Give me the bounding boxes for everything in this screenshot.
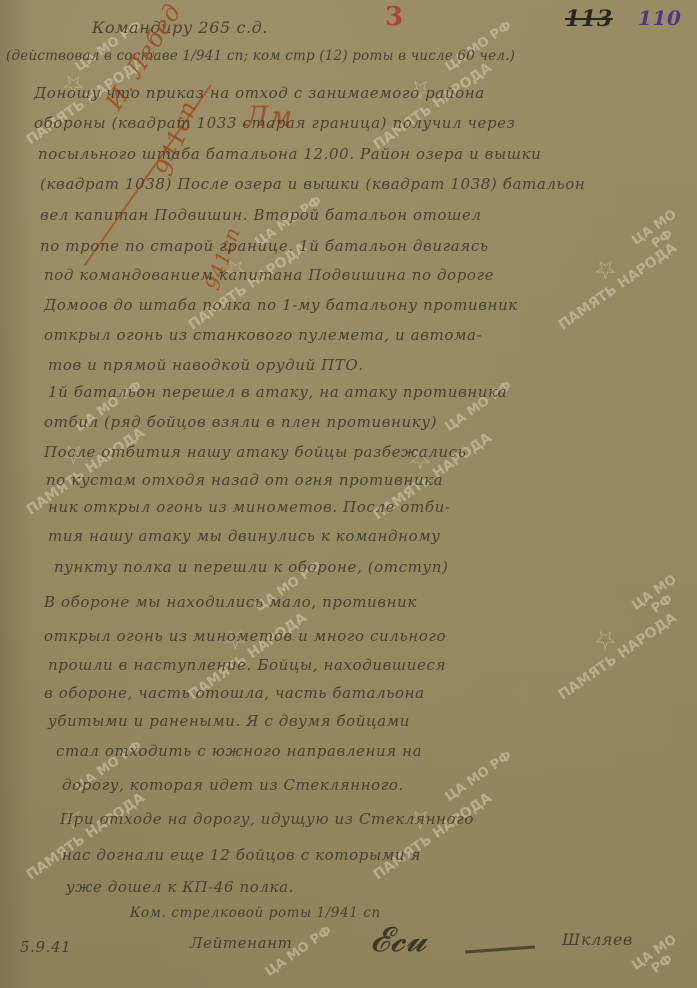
signature-rank: Лейтенант [190, 934, 292, 952]
body-line: Доношу что приказ на отход с занимаемого… [34, 84, 485, 102]
body-line: в обороне, часть отошла, часть батальона [44, 684, 425, 702]
body-line: открыл огонь из минометов и много сильно… [44, 627, 446, 645]
star-icon: ☆ [541, 589, 672, 692]
watermark-pamyat-naroda: ☆ПАМЯТЬ НАРОДА [541, 589, 680, 704]
signature-position: Ком. стрелковой роты 1/941 сп [130, 905, 381, 921]
document-subheading: (действовал в составе 1/941 сп; ком стр … [6, 48, 515, 64]
body-line: обороны (квадрат 1033 старая граница) по… [34, 114, 515, 132]
body-line: Домоов до штаба полка по 1-му батальону … [44, 296, 518, 314]
body-line: под командованием капитана Подвишина по … [44, 266, 494, 284]
red-mark: 3 [385, 2, 404, 32]
body-line: стал отходить с южного направления на [56, 742, 422, 760]
body-line: посыльного штаба батальона 12.00. Район … [38, 145, 541, 163]
watermark-tsamo: ЦА МО РФ [443, 749, 514, 805]
body-line: прошли в наступление. Бойцы, находившиес… [48, 656, 446, 674]
signature-dash [465, 946, 535, 954]
watermark-tsamo: ЦА МО РФ [619, 565, 697, 632]
watermark-tsamo: ЦА МО РФ [619, 200, 697, 267]
body-line: В обороне мы находились мало, противник [44, 593, 417, 611]
page-fold-shadow [0, 0, 34, 988]
signature-date: 5.9.41 [20, 938, 71, 956]
body-line: После отбития нашу атаку бойцы разбежали… [44, 443, 466, 461]
body-line: При отходе на дорогу, идущую из Стеклянн… [60, 810, 474, 828]
body-line: уже дошел к КП-46 полка. [66, 878, 294, 896]
signature-name: Шкляев [562, 930, 633, 949]
page-number: 110 [638, 6, 682, 30]
body-line: пункту полка и перешли к обороне, (отсту… [54, 558, 448, 576]
body-line: тия нашу атаку мы двинулись к командному [48, 527, 441, 545]
signature-scrawl: 𝓔𝓬𝓾 [370, 920, 427, 960]
body-line: открыл огонь из станкового пулемета, и а… [44, 326, 482, 344]
body-line: нас догнали еще 12 бойцов с которыми я [62, 846, 421, 864]
watermark-tsamo: ЦА МО РФ [443, 19, 514, 75]
body-line: тов и прямой наводкой орудий ПТО. [48, 356, 364, 374]
body-line: убитыми и ранеными. Я с двумя бойцами [48, 712, 410, 730]
body-line: по кустам отходя назад от огня противник… [46, 471, 443, 489]
struck-page-number: 113 [565, 6, 613, 32]
body-line: 1й батальон перешел в атаку, на атаку пр… [48, 383, 507, 401]
body-line: по тропе по старой границе. 1й батальон … [40, 237, 489, 255]
watermark-pamyat-naroda: ☆ПАМЯТЬ НАРОДА [541, 219, 680, 334]
body-line: вел капитан Подвишин. Второй батальон от… [40, 206, 482, 224]
archival-document-page: ☆ПАМЯТЬ НАРОДА ЦА МО РФ ЦА МО РФ ☆ПАМЯТЬ… [0, 0, 697, 988]
body-line: отбил (ряд бойцов взяли в плен противник… [44, 413, 437, 431]
body-line: дорогу, которая идет из Стеклянного. [62, 776, 404, 794]
star-icon: ☆ [541, 219, 672, 322]
body-line: ник открыл огонь из минометов. После отб… [48, 498, 451, 516]
body-line: (квадрат 1038) После озера и вышки (квад… [40, 175, 585, 193]
